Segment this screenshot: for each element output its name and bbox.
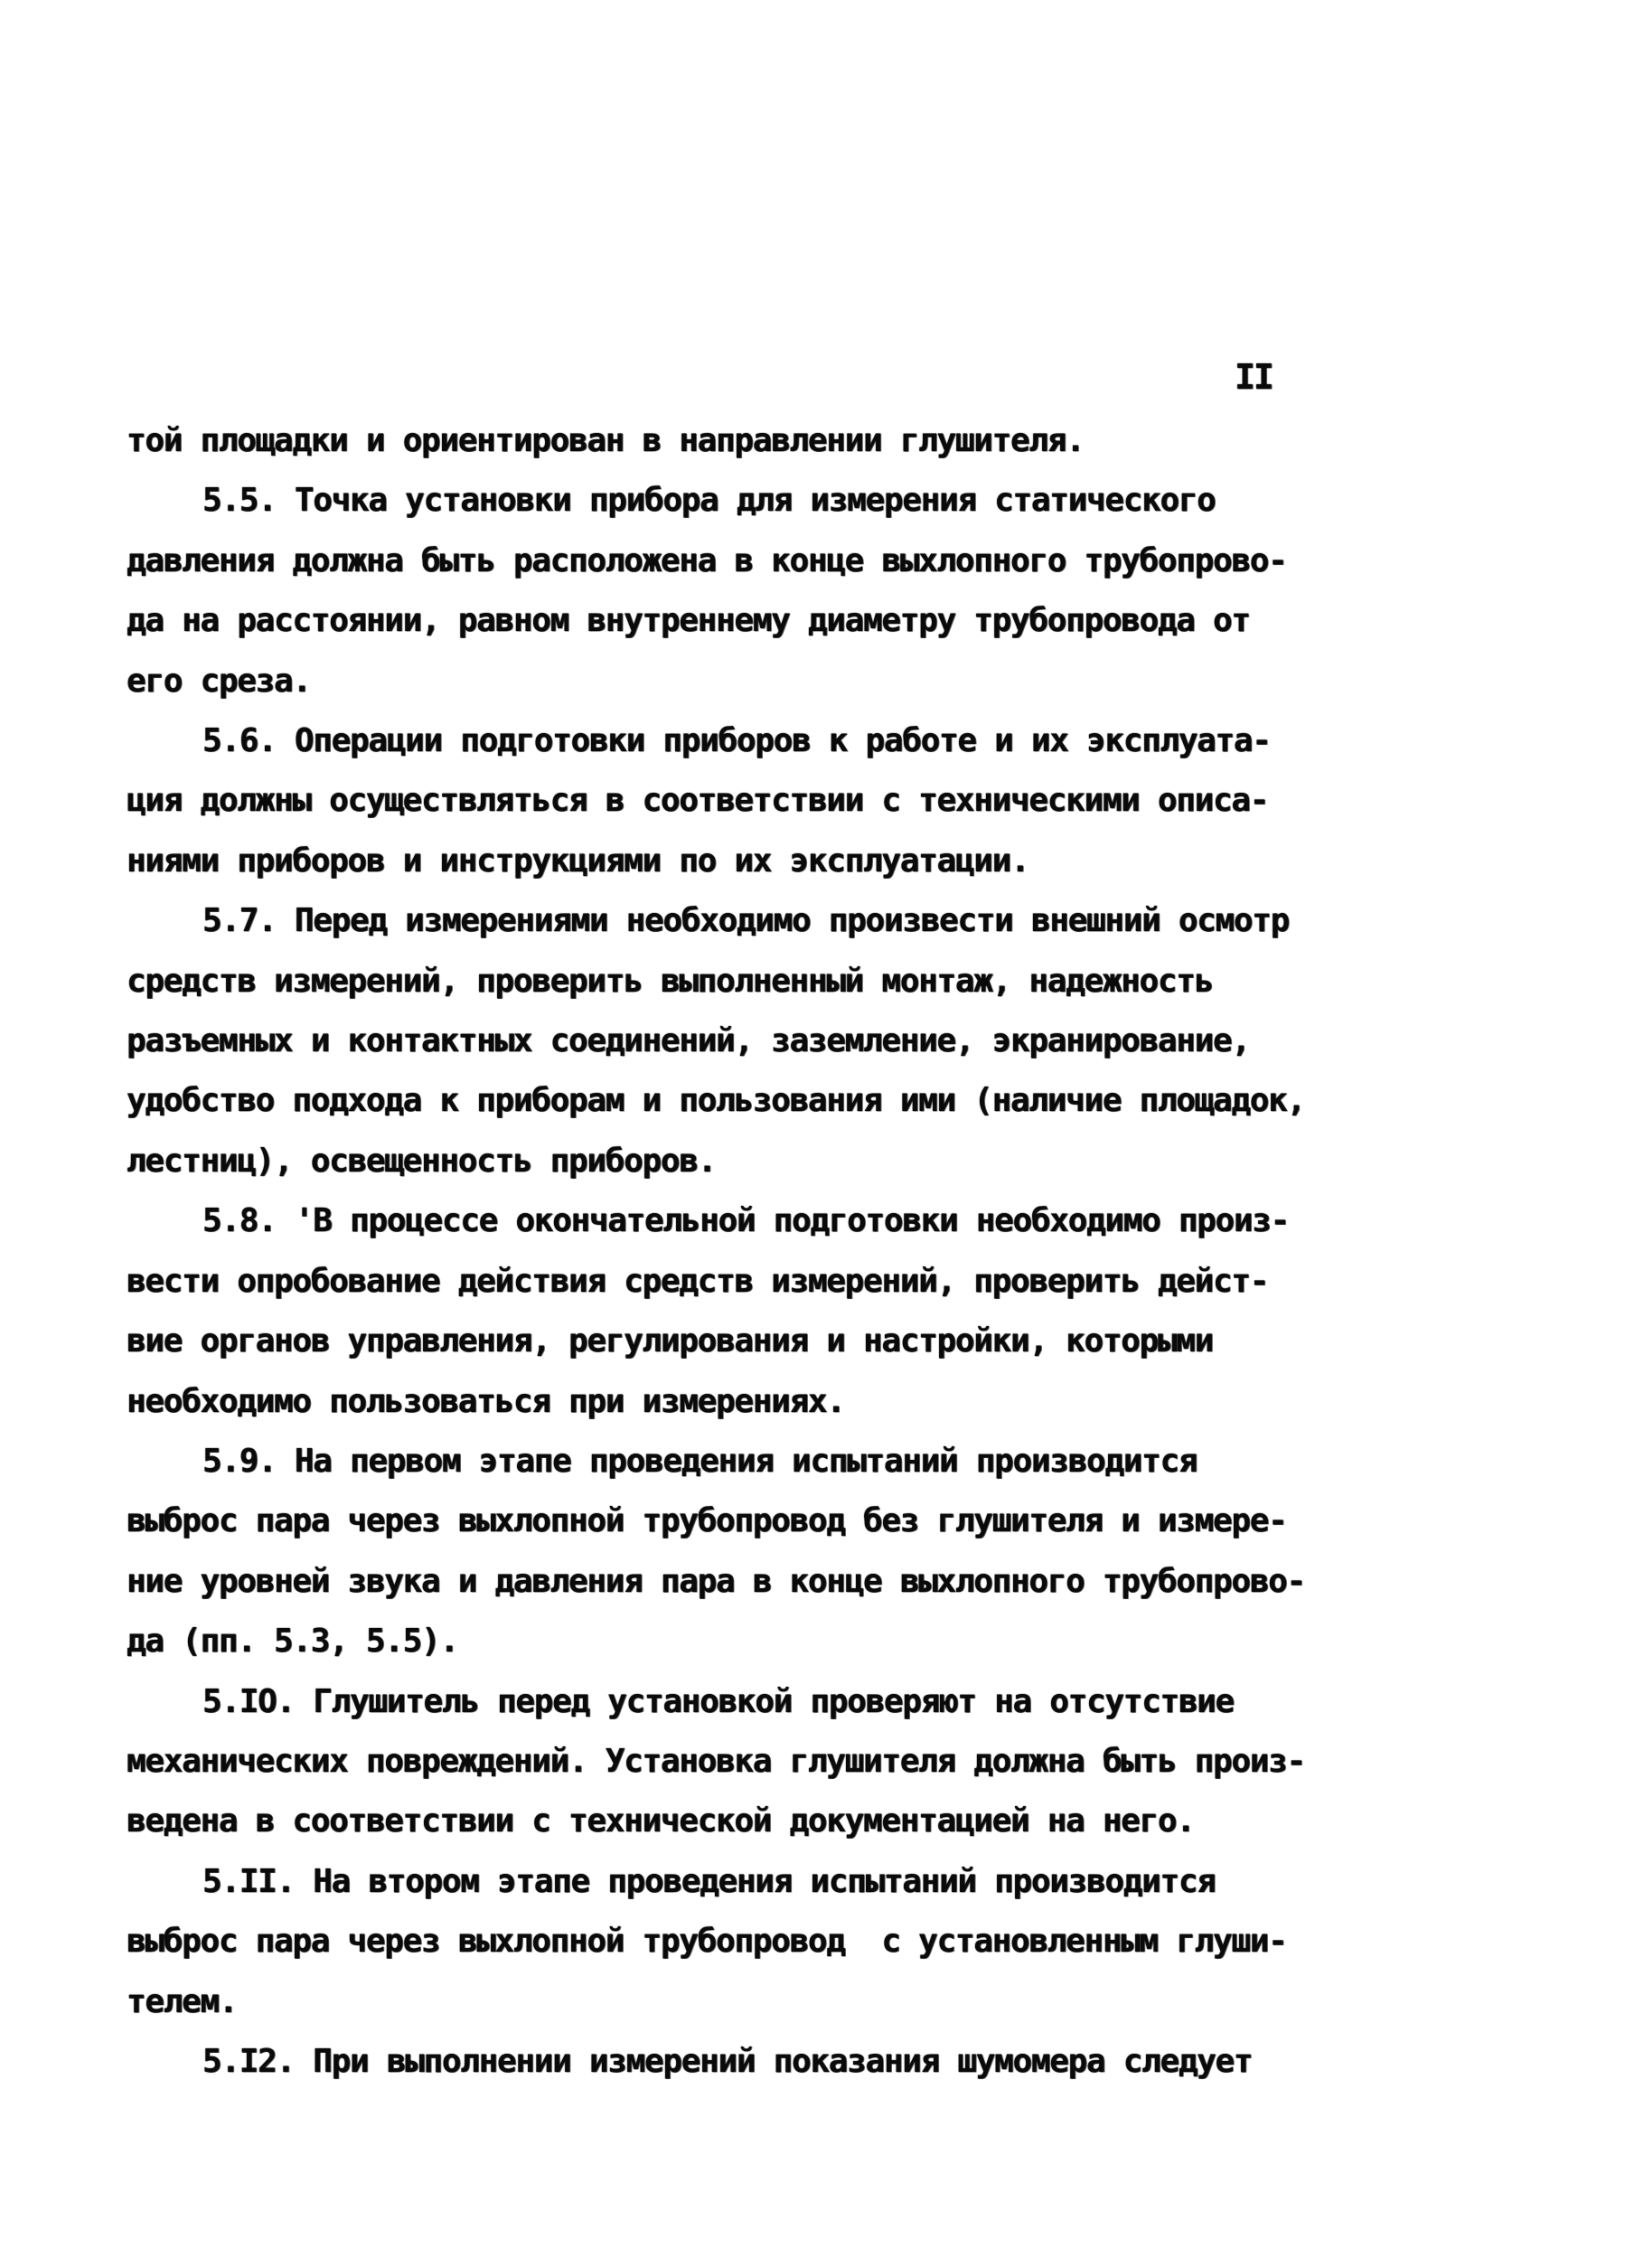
text-line: телем. (127, 1972, 1536, 2032)
text-line: 5.6. Операции подготовки приборов к рабо… (127, 711, 1536, 771)
text-line: да на расстоянии, равном внутреннему диа… (127, 591, 1536, 651)
text-line: да (пп. 5.3, 5.5). (127, 1612, 1536, 1671)
text-line: механических повреждений. Установка глуш… (127, 1732, 1536, 1792)
text-line: средств измерений, проверить выполненный… (127, 952, 1536, 1012)
document-page: II той площадки и ориентирован в направл… (0, 0, 1644, 2268)
text-line: разъемных и контактных соединений, зазем… (127, 1012, 1536, 1071)
text-line: вие органов управления, регулирования и … (127, 1312, 1536, 1371)
text-line: удобство подхода к приборам и пользовани… (127, 1071, 1536, 1131)
text-line: ция должны осуществляться в соответствии… (127, 771, 1536, 831)
text-line: ниями приборов и инструкциями по их эксп… (127, 832, 1536, 891)
text-line: давления должна быть расположена в конце… (127, 532, 1536, 591)
text-line: 5.II. На втором этапе проведения испытан… (127, 1852, 1536, 1912)
text-line: выброс пара через выхлопной трубопровод … (127, 1912, 1536, 1972)
text-line: 5.9. На первом этапе проведения испытани… (127, 1432, 1536, 1492)
text-line: его среза. (127, 652, 1536, 711)
text-line: 5.7. Перед измерениями необходимо произв… (127, 891, 1536, 951)
text-line: ние уровней звука и давления пара в конц… (127, 1552, 1536, 1612)
text-line: выброс пара через выхлопной трубопровод … (127, 1492, 1536, 1551)
text-line: лестниц), освещенность приборов. (127, 1132, 1536, 1191)
text-line: 5.IO. Глушитель перед установкой проверя… (127, 1672, 1536, 1732)
text-line: ведена в соответствии с технической доку… (127, 1792, 1536, 1851)
text-line: 5.5. Точка установки прибора для измерен… (127, 471, 1536, 531)
text-line: вести опробование действия средств измер… (127, 1252, 1536, 1312)
page-number: II (1235, 360, 1273, 394)
text-line: 5.I2. При выполнении измерений показания… (127, 2032, 1536, 2092)
text-line: 5.8. 'В процессе окончательной подготовк… (127, 1191, 1536, 1251)
document-text: той площадки и ориентирован в направлени… (127, 411, 1536, 2092)
text-line: той площадки и ориентирован в направлени… (127, 411, 1536, 471)
text-line: необходимо пользоваться при измерениях. (127, 1372, 1536, 1432)
